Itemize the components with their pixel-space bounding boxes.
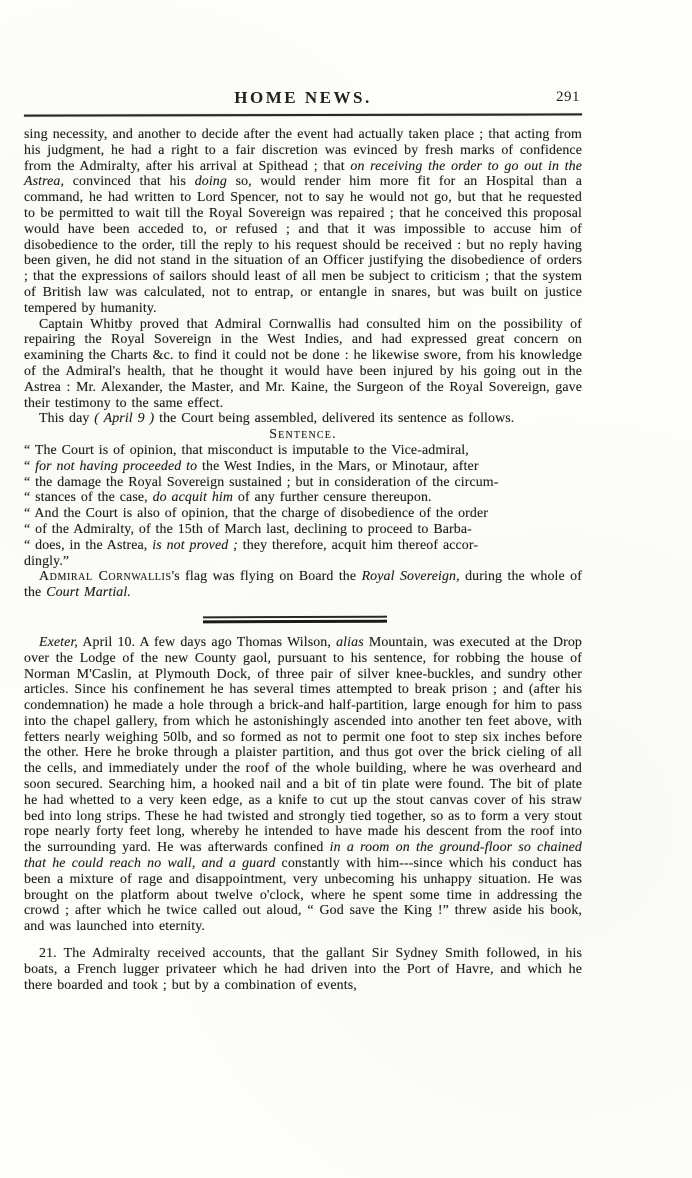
- body-text: Mountain, was executed at the Drop over …: [24, 635, 582, 855]
- quote-line: “ for not having proceeded to the West I…: [24, 459, 582, 475]
- body-text: the Court being assembled, delivered its…: [154, 411, 514, 426]
- body-text: dingly.”: [24, 554, 69, 569]
- body-text: “ stances of the case,: [24, 490, 153, 505]
- body-text: so, would render him more fit for an Hos…: [24, 174, 582, 315]
- italic-text: Court Martial.: [46, 585, 131, 600]
- quote-line: “ stances of the case, do acquit him of …: [24, 490, 582, 506]
- quote-line: “ does, in the Astrea, is not proved ; t…: [24, 538, 582, 554]
- italic-text: ( April 9 ): [94, 411, 154, 426]
- body-text: “ of the Admiralty, of the 15th of March…: [24, 522, 472, 537]
- italic-text: is not proved ;: [152, 538, 238, 553]
- paragraph: Admiral Cornwallis's flag was flying on …: [24, 569, 582, 601]
- quoted-sentence-block: “ The Court is of opinion, that miscondu…: [24, 443, 582, 506]
- quote-line: “ The Court is of opinion, that miscondu…: [24, 443, 582, 459]
- italic-text: do acquit him: [153, 490, 233, 505]
- italic-text: Exeter,: [39, 635, 78, 650]
- text-column: HOME NEWS. 291 sing necessity, and anoth…: [24, 88, 582, 993]
- body-text: April 10. A few days ago Thomas Wilson,: [78, 635, 336, 650]
- body-text: “ does, in the Astrea,: [24, 538, 152, 553]
- paragraph: 21. The Admiralty received accounts, tha…: [24, 946, 582, 993]
- body-text: “ The Court is of opinion, that miscondu…: [24, 443, 469, 458]
- article-body: sing necessity, and another to decide af…: [24, 127, 582, 993]
- section-divider: [203, 616, 387, 624]
- divider-thin-rule: [203, 616, 387, 618]
- body-text: the West Indies, in the Mars, or Minotau…: [197, 459, 478, 474]
- paragraph: This day ( April 9 ) the Court being ass…: [24, 411, 582, 427]
- page-number: 291: [556, 89, 580, 106]
- header-rule: [24, 113, 582, 116]
- body-text: “ the damage the Royal Sovereign sustain…: [24, 475, 498, 490]
- page-title: HOME NEWS.: [24, 88, 582, 108]
- body-text: of any further censure thereupon.: [233, 490, 432, 505]
- quote-line: “ of the Admiralty, of the 15th of March…: [24, 522, 582, 538]
- italic-text: alias: [336, 635, 364, 650]
- body-text: 21. The Admiralty received accounts, tha…: [24, 946, 582, 993]
- body-text: “: [24, 459, 35, 474]
- paragraph: Captain Whitby proved that Admiral Cornw…: [24, 317, 582, 412]
- italic-text: Royal Sovereign,: [362, 569, 460, 584]
- quote-line: “ the damage the Royal Sovereign sustain…: [24, 475, 582, 491]
- body-text: This day: [39, 411, 94, 426]
- quote-line: dingly.”: [24, 554, 582, 570]
- smallcaps-text: Admiral Cornwallis: [39, 569, 172, 584]
- scanned-document-page: HOME NEWS. 291 sing necessity, and anoth…: [0, 0, 692, 1178]
- paragraph-gap: [24, 935, 582, 946]
- body-text: convinced that his: [64, 174, 195, 189]
- masthead: HOME NEWS. 291: [24, 88, 582, 110]
- sentence-heading: Sentence.: [24, 427, 582, 443]
- body-text: 's flag was flying on Board the: [172, 569, 362, 584]
- body-text: Captain Whitby proved that Admiral Cornw…: [24, 317, 582, 411]
- body-text: “ And the Court is also of opinion, that…: [24, 506, 488, 521]
- italic-text: doing: [195, 174, 227, 189]
- divider-thick-rule: [203, 620, 387, 624]
- quoted-sentence-block: “ And the Court is also of opinion, that…: [24, 506, 582, 569]
- body-text: they therefore, acquit him thereof accor…: [238, 538, 478, 553]
- paragraph: sing necessity, and another to decide af…: [24, 127, 582, 317]
- quote-line: “ And the Court is also of opinion, that…: [24, 506, 582, 522]
- italic-text: for not having proceeded to: [35, 459, 197, 474]
- paragraph: Exeter, April 10. A few days ago Thomas …: [24, 635, 582, 935]
